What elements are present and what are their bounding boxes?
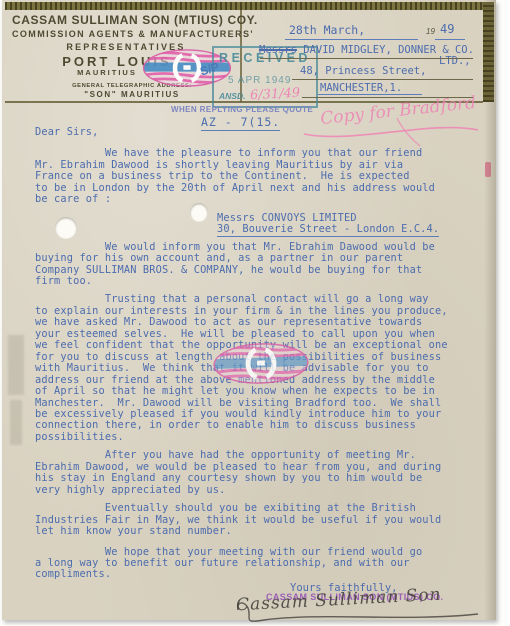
company-name: CASSAM SULLIMAN SON (MTIUS) COY.: [12, 13, 240, 27]
recipient-street: 48, Princess Street,: [300, 65, 426, 77]
recipient-city-underline: [318, 94, 422, 95]
paper-edge-shadow: [484, 0, 496, 620]
recipient-city: MANCHESTER,1.: [320, 82, 402, 94]
convoys-street: 30, Bouverie Street - London E.C.4.: [217, 223, 439, 237]
recipient-rule-2: [292, 79, 473, 80]
company-subtitle-1: COMMISSION AGENTS & MANUFACTURERS': [12, 29, 240, 39]
received-stamp-date: 5 APR 1949: [228, 75, 291, 86]
scanned-letter-page: CASSAM SULLIMAN SON (MTIUS) COY. COMMISS…: [2, 0, 496, 620]
telegraphic-address: "SON" MAURITIUS: [42, 90, 222, 99]
date-year: 49: [440, 22, 454, 36]
recipient-rule-1: [260, 58, 473, 59]
convoys-name: Messrs CONVOYS LIMITED: [217, 212, 357, 224]
convoys-address-block: Messrs CONVOYS LIMITED 30, Bouverie Stre…: [217, 213, 487, 236]
paragraph-5: Eventually should you be exibiting at th…: [35, 503, 487, 537]
paragraph-6: We hope that your meeting with our frien…: [35, 547, 487, 581]
paragraph-4: After you have had the opportunity of me…: [35, 450, 487, 496]
recipient-line-2: LTD.,: [439, 55, 471, 67]
received-stamp-ansd-label: ANSD.: [219, 91, 245, 101]
year-underline: [435, 39, 465, 40]
paragraph-2: We would inform you that Mr. Ebrahim Daw…: [35, 242, 487, 288]
salutation: Dear Sirs,: [35, 127, 487, 138]
paragraph-1: We have the pleasure to inform you that …: [35, 148, 487, 205]
recipient-rule-3: [302, 97, 473, 98]
signature-flourish: [234, 600, 484, 626]
messrs-struck: Messrs: [259, 44, 297, 56]
letterhead-top-border: [5, 2, 493, 10]
date-century-preprint: 19: [426, 27, 435, 36]
reply-quote-instruction: WHEN REPLYING PLEASE QUOTE: [171, 105, 313, 114]
date-underline: [285, 39, 418, 40]
emblem-overstamp-icon: [210, 341, 311, 385]
bleedthrough-smudge-2: [10, 400, 22, 445]
bleedthrough-smudge-1: [8, 335, 24, 395]
letter-date: 28th March,: [289, 23, 365, 37]
ansd-handwritten-date: 6/31/49: [250, 86, 301, 104]
